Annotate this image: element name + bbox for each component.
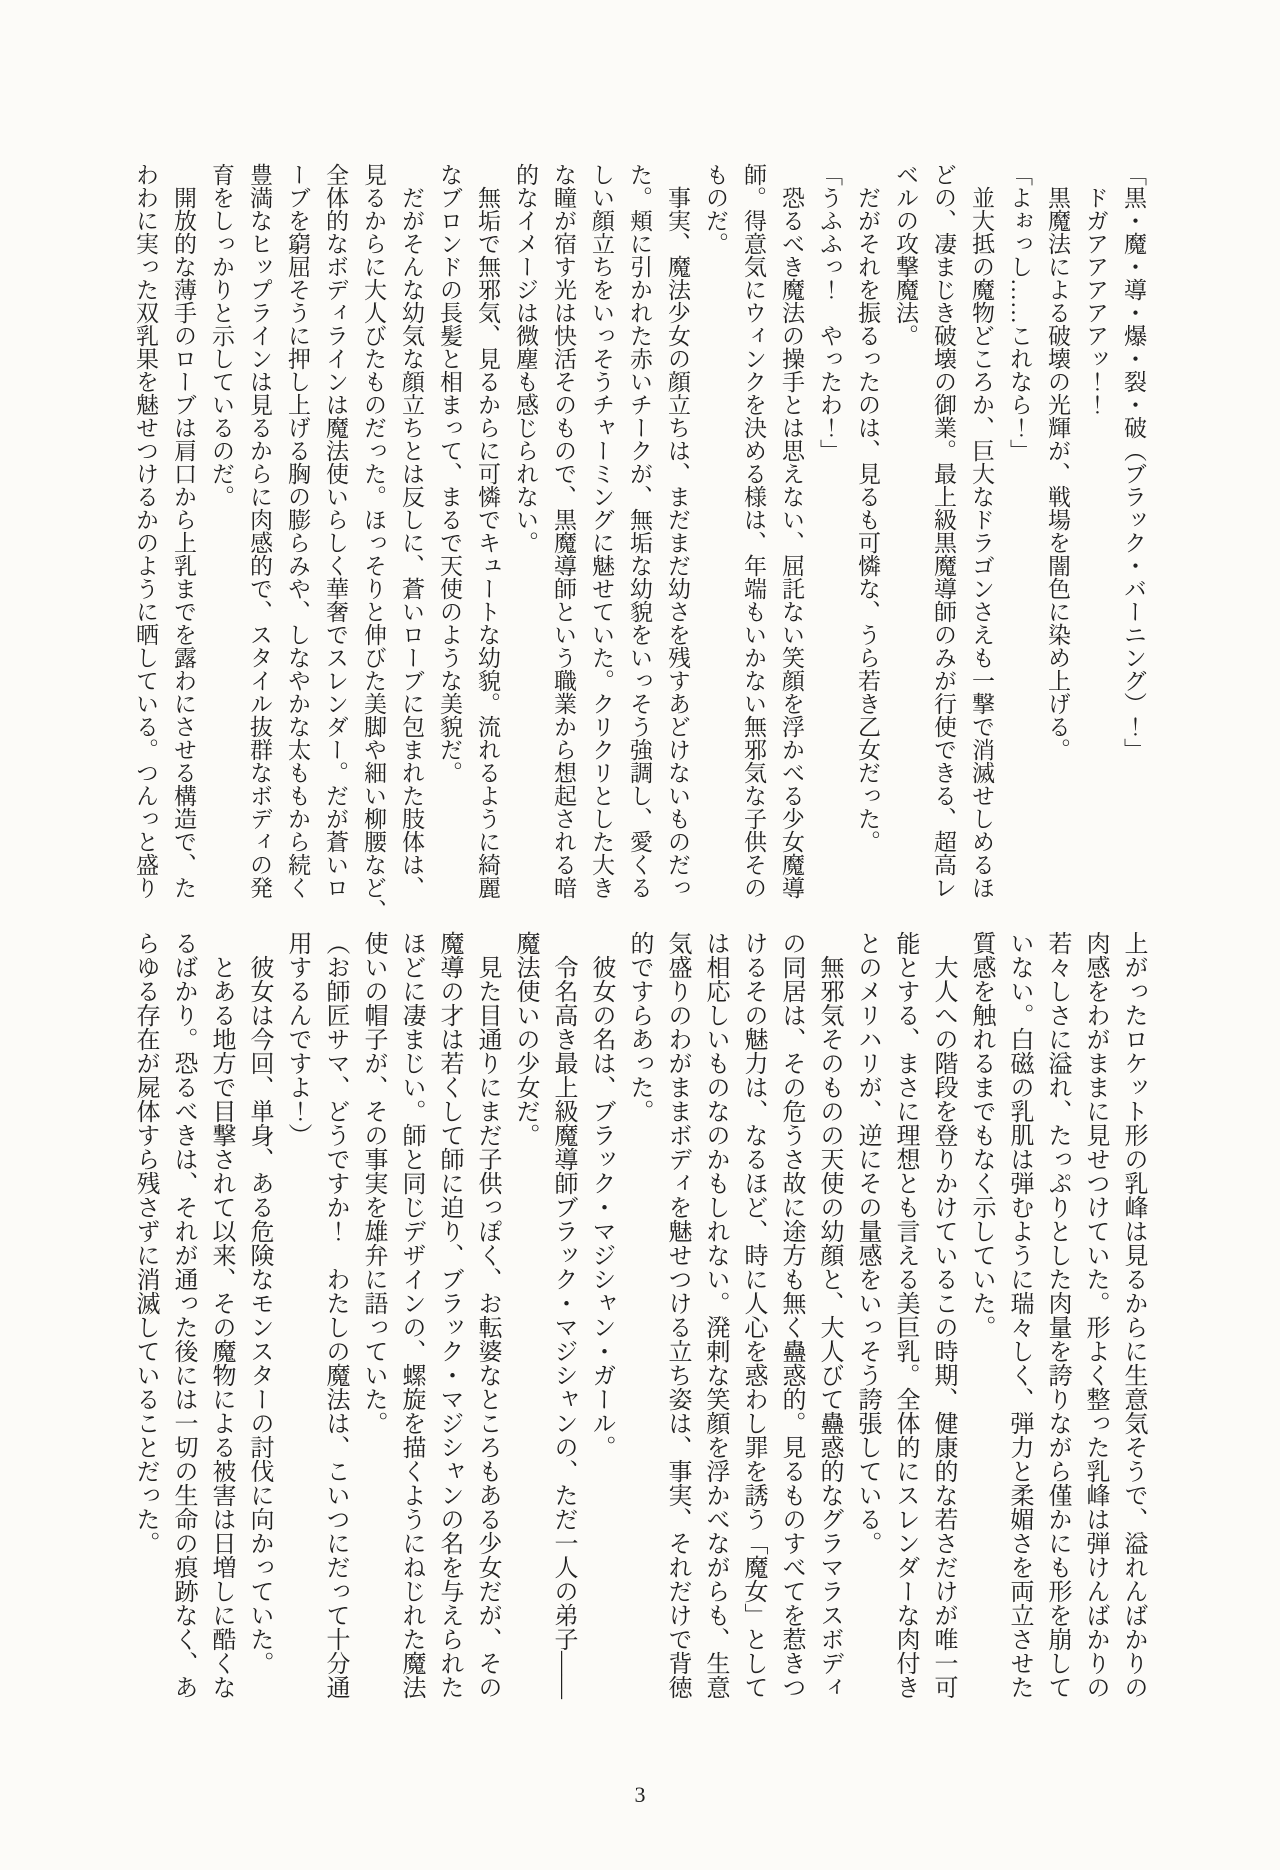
text-column: （お師匠サマ、どうですか！ わたしの魔法は、こいつにだって十分通 bbox=[316, 931, 354, 1723]
text-column: だがそんな幼気な顔立ちとは反しに、蒼いローブに包まれた肢体は、 bbox=[392, 163, 430, 918]
text-column: 的なイメージは微塵も感じられない。 bbox=[506, 163, 544, 918]
text-column: 魔導の才は若くして師に迫り、ブラック・マジシャンの名を与えられた bbox=[430, 931, 468, 1723]
text-column: だがそれを振るったのは、見るも可憐な、うら若き乙女だった。 bbox=[848, 163, 886, 918]
text-column: しい顔立ちをいっそうチャーミングに魅せていた。クリクリとした大き bbox=[582, 163, 620, 918]
text-column: ベルの攻撃魔法。 bbox=[886, 163, 924, 918]
text-column: 開放的な薄手のローブは肩口から上乳までを露わにさせる構造で、た bbox=[164, 163, 202, 918]
text-column: た。頬に引かれた赤いチークが、無垢な幼貌をいっそう強調し、愛くる bbox=[620, 163, 658, 918]
text-column: 見た目通りにまだ子供っぽく、お転婆なところもある少女だが、その bbox=[468, 931, 506, 1723]
text-column: 無邪気そのものの天使の幼顔と、大人びて蠱惑的なグラマラスボディ bbox=[810, 931, 848, 1723]
text-column: 見るからに大人びたものだった。ほっそりと伸びた美脚や細い柳腰など、 bbox=[354, 163, 392, 918]
text-column: 大人への階段を登りかけているこの時期、健康的な若さだけが唯一可 bbox=[924, 931, 962, 1723]
text-column: ものだ。 bbox=[696, 163, 734, 918]
text-column: 肉感をわがままに見せつけていた。形よく整った乳峰は弾けんばかりの bbox=[1076, 931, 1114, 1723]
text-column: なブロンドの長髪と相まって、まるで天使のような美貌だ。 bbox=[430, 163, 468, 918]
text-column: 「よぉっし……これなら！」 bbox=[1000, 163, 1038, 918]
text-column: 育をしっかりと示しているのだ。 bbox=[202, 163, 240, 918]
text-column: 彼女は今回、単身、ある危険なモンスターの討伐に向かっていた。 bbox=[240, 931, 278, 1723]
text-column: 黒魔法による破壊の光輝が、戦場を闇色に染め上げる。 bbox=[1038, 163, 1076, 918]
text-column: けるその魅力は、なるほど、時に人心を惑わし罪を誘う「魔女」として bbox=[734, 931, 772, 1723]
text-column: とのメリハリが、逆にその量感をいっそう誇張している。 bbox=[848, 931, 886, 1723]
text-column: らゆる存在が屍体すら残さずに消滅していることだった。 bbox=[126, 931, 164, 1723]
text-column: わわに実った双乳果を魅せつけるかのように晒している。つんっと盛り bbox=[126, 163, 164, 918]
text-column: 恐るべき魔法の操手とは思えない、屈託ない笑顔を浮かべる少女魔導 bbox=[772, 163, 810, 918]
novel-page: 「黒・魔・導・爆・裂・破（ブラック・バーニング）！」 ドガアアアアアッ！！ 黒魔… bbox=[0, 0, 1280, 1870]
text-column: どの、凄まじき破壊の御業。最上級黒魔導師のみが行使できる、超高レ bbox=[924, 163, 962, 918]
text-column: な瞳が宿す光は快活そのもので、黒魔導師という職業から想起される暗 bbox=[544, 163, 582, 918]
text-block-bottom: 上がったロケット形の乳峰は見るからに生意気そうで、溢れんばかりの肉感をわがままに… bbox=[126, 931, 1152, 1723]
text-column: 上がったロケット形の乳峰は見るからに生意気そうで、溢れんばかりの bbox=[1114, 931, 1152, 1723]
text-column: 事実、魔法少女の顔立ちは、まだまだ幼さを残すあどけないものだっ bbox=[658, 163, 696, 918]
text-column: 令名高き最上級魔導師ブラック・マジシャンの、ただ一人の弟子―― bbox=[544, 931, 582, 1723]
text-column: ほどに凄まじい。師と同じデザインの、螺旋を描くようにねじれた魔法 bbox=[392, 931, 430, 1723]
text-column: 能とする、まさに理想とも言える美巨乳。全体的にスレンダーな肉付き bbox=[886, 931, 924, 1723]
text-column: 的ですらあった。 bbox=[620, 931, 658, 1723]
text-column: 使いの帽子が、その事実を雄弁に語っていた。 bbox=[354, 931, 392, 1723]
text-column: の同居は、その危うさ故に途方も無く蠱惑的。見るものすべてを惹きつ bbox=[772, 931, 810, 1723]
text-column: 全体的なボディラインは魔法使いらしく華奢でスレンダー。だが蒼いロ bbox=[316, 163, 354, 918]
text-column: とある地方で目撃されて以来、その魔物による被害は日増しに酷くな bbox=[202, 931, 240, 1723]
text-column: ドガアアアアアッ！！ bbox=[1076, 163, 1114, 918]
text-column: 「黒・魔・導・爆・裂・破（ブラック・バーニング）！」 bbox=[1114, 163, 1152, 918]
text-column: 彼女の名は、ブラック・マジシャン・ガール。 bbox=[582, 931, 620, 1723]
text-column: いない。白磁の乳肌は弾むように瑞々しく、弾力と柔媚さを両立させた bbox=[1000, 931, 1038, 1723]
page-number: 3 bbox=[0, 1782, 1280, 1808]
text-column: ーブを窮屈そうに押し上げる胸の膨らみや、しなやかな太ももから続く bbox=[278, 163, 316, 918]
text-column: 魔法使いの少女だ。 bbox=[506, 931, 544, 1723]
text-column: 並大抵の魔物どころか、巨大なドラゴンさえも一撃で消滅せしめるほ bbox=[962, 163, 1000, 918]
text-column: るばかり。恐るべきは、それが通った後には一切の生命の痕跡なく、あ bbox=[164, 931, 202, 1723]
text-column: 豊満なヒップラインは見るからに肉感的で、スタイル抜群なボディの発 bbox=[240, 163, 278, 918]
text-column: 師。得意気にウィンクを決める様は、年端もいかない無邪気な子供その bbox=[734, 163, 772, 918]
text-column: 質感を触れるまでもなく示していた。 bbox=[962, 931, 1000, 1723]
text-column: 気盛りのわがままボディを魅せつける立ち姿は、事実、それだけで背徳 bbox=[658, 931, 696, 1723]
text-column: 無垢で無邪気、見るからに可憐でキュートな幼貌。流れるように綺麗 bbox=[468, 163, 506, 918]
text-column: は相応しいものなのかもしれない。溌剌な笑顔を浮かべながらも、生意 bbox=[696, 931, 734, 1723]
text-column: 用するんですよ！） bbox=[278, 931, 316, 1723]
text-column: 「うふふっ！ やったわ！」 bbox=[810, 163, 848, 918]
text-column: 若々しさに溢れ、たっぷりとした肉量を誇りながら僅かにも形を崩して bbox=[1038, 931, 1076, 1723]
text-block-top: 「黒・魔・導・爆・裂・破（ブラック・バーニング）！」 ドガアアアアアッ！！ 黒魔… bbox=[126, 163, 1152, 918]
